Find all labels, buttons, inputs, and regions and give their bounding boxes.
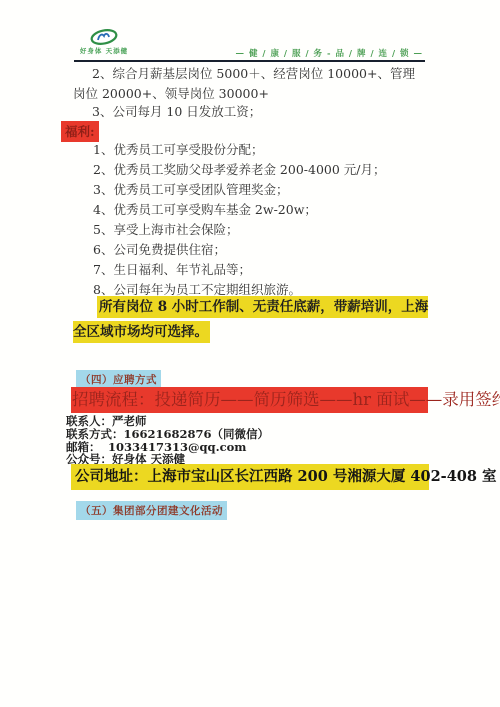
benefits-list: 1、优秀员工可享受股份分配； 2、优秀员工奖励父母孝爱养老金 200-4000 … (93, 140, 433, 300)
salary-line-2: 2、综合月薪基层岗位 5000＋、经营岗位 10000+、管理岗位 20000+… (73, 64, 427, 104)
benefit-item: 2、优秀员工奖励父母孝爱养老金 200-4000 元/月； (93, 160, 433, 180)
benefit-item: 7、生日福利、年节礼品等； (93, 260, 433, 280)
company-address: 公司地址：上海市宝山区长江西路 200 号湘源大厦 402-408 室 (71, 464, 429, 490)
salary-line-3: 3、公司每月 10 日发放工资； (73, 102, 427, 122)
logo-swoosh-icon (90, 29, 118, 45)
header-rule (74, 60, 425, 62)
recruitment-process-banner: 招聘流程：投递简历——简历筛选——hr 面试——录用签约 (71, 387, 428, 413)
work-conditions-note: 所有岗位 8 小时工作制、无责任底薪，带薪培训，上海全区域市场均可选择。 (73, 295, 429, 345)
yellow-highlight: 所有岗位 8 小时工作制、无责任底薪，带薪培训，上海全区域市场均可选择。 (73, 296, 428, 343)
contact-block: 联系人：严老师 联系方式：16621682876（同微信） 邮箱：1033417… (66, 415, 269, 466)
contact-person-label: 联系人： (66, 415, 112, 428)
document-page: 好身体 天添健 — 健 / 康 / 服 / 务 - 品 / 牌 / 连 / 锁 … (0, 0, 500, 707)
benefits-heading: 福利: (61, 121, 99, 142)
benefit-item: 1、优秀员工可享受股份分配； (93, 140, 433, 160)
benefit-item: 5、享受上海市社会保险； (93, 220, 433, 240)
company-logo: 好身体 天添健 (74, 29, 134, 55)
section-title-team-building: （五）集团部分团建文化活动 (76, 501, 227, 520)
benefit-item: 3、优秀员工可享受团队管理奖金； (93, 180, 433, 200)
benefit-item: 4、优秀员工可享受购车基金 2w-20w； (93, 200, 433, 220)
header-slogan: — 健 / 康 / 服 / 务 - 品 / 牌 / 连 / 锁 — (235, 47, 423, 59)
benefit-item: 6、公司免费提供住宿； (93, 240, 433, 260)
logo-text: 好身体 天添健 (74, 46, 134, 55)
